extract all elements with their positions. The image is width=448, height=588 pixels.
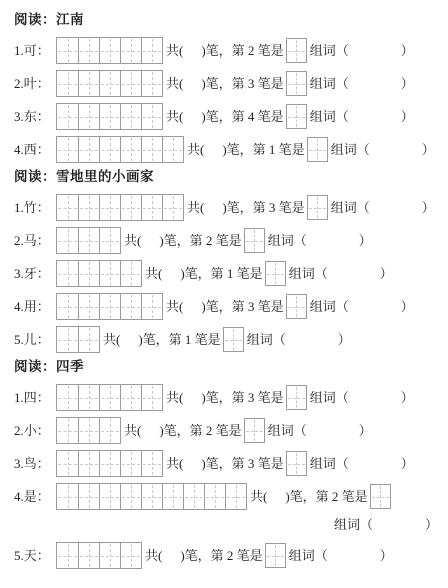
grid-cell[interactable] <box>78 543 99 568</box>
grid-cell[interactable] <box>141 104 162 129</box>
row-label: 1.四： <box>14 384 56 411</box>
grid-cell[interactable] <box>78 327 99 352</box>
grid-cell[interactable] <box>141 294 162 319</box>
grid-cell[interactable] <box>141 38 162 63</box>
stroke-count-label: 共( <box>166 103 183 130</box>
stroke-practice-grid[interactable] <box>56 136 184 163</box>
grid-cell[interactable] <box>57 327 78 352</box>
stroke-count-label: 共( <box>166 37 183 64</box>
row-label: 4.是： <box>14 483 56 510</box>
worksheet-row: 3.东：共()笔，第 4 笔是组词（） <box>14 103 442 130</box>
stroke-count-blank[interactable] <box>162 555 180 556</box>
grid-cell[interactable] <box>99 228 120 253</box>
worksheet-row: 4.用：共()笔，第 3 笔是组词（） <box>14 293 442 320</box>
stroke-count-label: 共( <box>166 70 183 97</box>
stroke-answer-box[interactable] <box>307 195 328 220</box>
stroke-count-label: 共( <box>124 417 141 444</box>
stroke-count-label: 共( <box>145 542 162 569</box>
grid-cell[interactable] <box>225 484 246 509</box>
grid-cell[interactable] <box>78 71 99 96</box>
grid-cell[interactable] <box>120 484 141 509</box>
grid-cell[interactable] <box>78 137 99 162</box>
word-formation-close: ） <box>338 326 351 353</box>
word-formation-blank[interactable] <box>307 240 359 241</box>
grid-cell[interactable] <box>78 385 99 410</box>
word-formation-label: 组词（ <box>247 326 286 353</box>
stroke-answer-box[interactable] <box>223 327 244 352</box>
section-title: 阅读：江南 <box>14 12 442 28</box>
stroke-question-text: )笔，第 1 笔是 <box>222 136 304 163</box>
grid-cell[interactable] <box>141 137 162 162</box>
stroke-count-blank[interactable] <box>183 83 201 84</box>
stroke-question-text: )笔，第 2 笔是 <box>159 417 241 444</box>
worksheet-row: 2.马：共()笔，第 2 笔是组词（） <box>14 227 442 254</box>
stroke-practice-grid[interactable] <box>56 542 142 569</box>
stroke-count-blank[interactable] <box>183 463 201 464</box>
worksheet-row: 4.西：共()笔，第 1 笔是组词（） <box>14 136 442 163</box>
stroke-practice-grid[interactable] <box>56 384 163 411</box>
stroke-question-text: )笔，第 4 笔是 <box>201 103 283 130</box>
worksheet-row: 2.小：共()笔，第 2 笔是组词（） <box>14 417 442 444</box>
word-formation-blank[interactable] <box>373 525 425 526</box>
stroke-practice-grid[interactable] <box>56 417 121 444</box>
stroke-count-blank[interactable] <box>183 116 201 117</box>
stroke-answer-box[interactable] <box>265 261 286 286</box>
section-title: 阅读：雪地里的小画家 <box>14 169 442 185</box>
worksheet-section: 阅读：江南1.可：共()笔，第 2 笔是组词（）2.叶：共()笔，第 3 笔是组… <box>14 12 442 163</box>
word-formation-blank[interactable] <box>349 83 401 84</box>
stroke-question-text: )笔，第 1 笔是 <box>180 260 262 287</box>
stroke-answer-box[interactable] <box>244 418 265 443</box>
grid-cell[interactable] <box>57 228 78 253</box>
worksheet-row: 3.牙：共()笔，第 1 笔是组词（） <box>14 260 442 287</box>
worksheet-row: 4.是：共()笔，第 2 笔是 <box>14 483 442 510</box>
grid-cell[interactable] <box>141 195 162 220</box>
grid-cell[interactable] <box>78 104 99 129</box>
grid-cell[interactable] <box>141 385 162 410</box>
stroke-practice-grid[interactable] <box>56 227 121 254</box>
stroke-count-label: 共( <box>103 326 120 353</box>
worksheet-row: 1.竹：共()笔，第 3 笔是组词（） <box>14 194 442 221</box>
grid-cell[interactable] <box>78 484 99 509</box>
stroke-count-label: 共( <box>166 293 183 320</box>
stroke-count-label: 共( <box>166 384 183 411</box>
grid-cell[interactable] <box>99 38 120 63</box>
grid-cell[interactable] <box>78 261 99 286</box>
grid-cell[interactable] <box>99 104 120 129</box>
word-formation-close: ） <box>401 37 414 64</box>
stroke-answer-box[interactable] <box>265 543 286 568</box>
stroke-count-blank[interactable] <box>162 273 180 274</box>
worksheet-row: 1.可：共()笔，第 2 笔是组词（） <box>14 37 442 64</box>
stroke-practice-grid[interactable] <box>56 70 163 97</box>
grid-cell[interactable] <box>78 451 99 476</box>
grid-cell[interactable] <box>57 294 78 319</box>
stroke-count-blank[interactable] <box>141 240 159 241</box>
stroke-question-text: )笔，第 2 笔是 <box>159 227 241 254</box>
row-label: 3.东： <box>14 103 56 130</box>
grid-cell[interactable] <box>99 543 120 568</box>
worksheet-row-continuation: 组词（） <box>334 514 442 536</box>
word-formation-close: ） <box>401 70 414 97</box>
grid-cell[interactable] <box>57 543 78 568</box>
word-formation-close: ） <box>401 450 414 477</box>
grid-cell[interactable] <box>78 228 99 253</box>
stroke-count-blank[interactable] <box>183 306 201 307</box>
word-formation-label: 组词（ <box>289 260 328 287</box>
stroke-question-text: )笔，第 1 笔是 <box>138 326 220 353</box>
grid-cell[interactable] <box>99 261 120 286</box>
stroke-count-blank[interactable] <box>120 339 138 340</box>
grid-cell[interactable] <box>99 385 120 410</box>
stroke-question-text: )笔，第 3 笔是 <box>201 384 283 411</box>
word-formation-blank[interactable] <box>349 116 401 117</box>
grid-cell[interactable] <box>204 484 225 509</box>
stroke-answer-box[interactable] <box>286 385 307 410</box>
row-label: 4.用： <box>14 293 56 320</box>
grid-cell[interactable] <box>141 451 162 476</box>
grid-cell[interactable] <box>162 195 183 220</box>
grid-cell[interactable] <box>141 71 162 96</box>
stroke-count-blank[interactable] <box>183 50 201 51</box>
word-formation-label: 组词（ <box>310 103 349 130</box>
stroke-question-text: )笔，第 2 笔是 <box>201 37 283 64</box>
word-formation-blank[interactable] <box>286 339 338 340</box>
row-label: 1.竹： <box>14 194 56 221</box>
word-formation-blank[interactable] <box>370 207 422 208</box>
grid-cell[interactable] <box>99 195 120 220</box>
row-label: 5.儿： <box>14 326 56 353</box>
section-title: 阅读：四季 <box>14 359 442 375</box>
grid-cell[interactable] <box>57 195 78 220</box>
word-formation-label: 组词（ <box>310 384 349 411</box>
word-formation-blank[interactable] <box>370 149 422 150</box>
word-formation-blank[interactable] <box>328 555 380 556</box>
grid-cell[interactable] <box>183 484 204 509</box>
word-formation-blank[interactable] <box>328 273 380 274</box>
grid-cell[interactable] <box>120 261 141 286</box>
stroke-practice-grid[interactable] <box>56 293 163 320</box>
stroke-count-blank[interactable] <box>267 496 285 497</box>
grid-cell[interactable] <box>57 261 78 286</box>
grid-cell[interactable] <box>57 418 78 443</box>
grid-cell[interactable] <box>162 137 183 162</box>
stroke-count-label: 共( <box>187 194 204 221</box>
grid-cell[interactable] <box>120 104 141 129</box>
word-formation-blank[interactable] <box>349 306 401 307</box>
grid-cell[interactable] <box>99 484 120 509</box>
stroke-count-label: 共( <box>124 227 141 254</box>
worksheet-row: 1.四：共()笔，第 3 笔是组词（） <box>14 384 442 411</box>
grid-cell[interactable] <box>120 137 141 162</box>
word-formation-label: 组词（ <box>331 194 370 221</box>
grid-cell[interactable] <box>120 294 141 319</box>
word-formation-label: 组词（ <box>268 227 307 254</box>
grid-cell[interactable] <box>57 385 78 410</box>
stroke-answer-box[interactable] <box>286 71 307 96</box>
worksheet-row: 5.天：共()笔，第 2 笔是组词（） <box>14 542 442 569</box>
grid-cell[interactable] <box>78 195 99 220</box>
grid-cell[interactable] <box>57 38 78 63</box>
word-formation-label: 组词（ <box>334 514 373 536</box>
stroke-count-label: 共( <box>145 260 162 287</box>
grid-cell[interactable] <box>120 71 141 96</box>
word-formation-blank[interactable] <box>307 430 359 431</box>
grid-cell[interactable] <box>99 137 120 162</box>
grid-cell[interactable] <box>120 195 141 220</box>
stroke-count-blank[interactable] <box>204 149 222 150</box>
row-label: 5.天： <box>14 542 56 569</box>
word-formation-close: ） <box>401 103 414 130</box>
word-formation-label: 组词（ <box>268 417 307 444</box>
stroke-count-label: 共( <box>187 136 204 163</box>
stroke-practice-grid[interactable] <box>56 483 247 510</box>
stroke-question-text: )笔，第 2 笔是 <box>180 542 262 569</box>
worksheet-section: 阅读：雪地里的小画家1.竹：共()笔，第 3 笔是组词（）2.马：共()笔，第 … <box>14 169 442 353</box>
word-formation-close: ） <box>425 514 438 536</box>
word-formation-label: 组词（ <box>310 70 349 97</box>
stroke-question-text: )笔，第 3 笔是 <box>201 70 283 97</box>
grid-cell[interactable] <box>120 451 141 476</box>
row-label: 2.马： <box>14 227 56 254</box>
grid-cell[interactable] <box>99 294 120 319</box>
word-formation-close: ） <box>380 260 393 287</box>
stroke-practice-grid[interactable] <box>56 450 163 477</box>
word-formation-close: ） <box>401 293 414 320</box>
grid-cell[interactable] <box>162 484 183 509</box>
stroke-answer-box[interactable] <box>286 294 307 319</box>
stroke-question-text: )笔，第 2 笔是 <box>285 483 367 510</box>
word-formation-close: ） <box>401 384 414 411</box>
stroke-question-text: )笔，第 3 笔是 <box>222 194 304 221</box>
stroke-answer-box[interactable] <box>286 38 307 63</box>
word-formation-label: 组词（ <box>310 293 349 320</box>
row-label: 1.可： <box>14 37 56 64</box>
word-formation-close: ） <box>380 542 393 569</box>
worksheet-page: 阅读：江南1.可：共()笔，第 2 笔是组词（）2.叶：共()笔，第 3 笔是组… <box>0 0 448 588</box>
row-label: 3.鸟： <box>14 450 56 477</box>
stroke-practice-grid[interactable] <box>56 194 184 221</box>
grid-cell[interactable] <box>57 137 78 162</box>
stroke-count-blank[interactable] <box>183 397 201 398</box>
grid-cell[interactable] <box>57 484 78 509</box>
row-label: 2.小： <box>14 417 56 444</box>
stroke-count-label: 共( <box>166 450 183 477</box>
word-formation-label: 组词（ <box>310 450 349 477</box>
stroke-answer-box[interactable] <box>286 104 307 129</box>
grid-cell[interactable] <box>120 385 141 410</box>
grid-cell[interactable] <box>78 38 99 63</box>
stroke-practice-grid[interactable] <box>56 326 100 353</box>
row-label: 4.西： <box>14 136 56 163</box>
worksheet-row: 3.鸟：共()笔，第 3 笔是组词（） <box>14 450 442 477</box>
word-formation-close: ） <box>422 136 435 163</box>
row-label: 3.牙： <box>14 260 56 287</box>
word-formation-label: 组词（ <box>310 37 349 64</box>
word-formation-label: 组词（ <box>331 136 370 163</box>
stroke-practice-grid[interactable] <box>56 37 163 64</box>
grid-cell[interactable] <box>78 418 99 443</box>
grid-cell[interactable] <box>57 451 78 476</box>
grid-cell[interactable] <box>141 484 162 509</box>
stroke-question-text: )笔，第 3 笔是 <box>201 450 283 477</box>
stroke-count-blank[interactable] <box>204 207 222 208</box>
grid-cell[interactable] <box>78 294 99 319</box>
grid-cell[interactable] <box>99 418 120 443</box>
stroke-question-text: )笔，第 3 笔是 <box>201 293 283 320</box>
word-formation-blank[interactable] <box>349 463 401 464</box>
word-formation-close: ） <box>359 227 372 254</box>
stroke-answer-box[interactable] <box>370 484 391 509</box>
grid-cell[interactable] <box>57 104 78 129</box>
stroke-answer-box[interactable] <box>286 451 307 476</box>
word-formation-label: 组词（ <box>289 542 328 569</box>
worksheet-row: 2.叶：共()笔，第 3 笔是组词（） <box>14 70 442 97</box>
word-formation-close: ） <box>359 417 372 444</box>
grid-cell[interactable] <box>120 543 141 568</box>
grid-cell[interactable] <box>120 38 141 63</box>
row-label: 2.叶： <box>14 70 56 97</box>
word-formation-blank[interactable] <box>349 50 401 51</box>
grid-cell[interactable] <box>99 71 120 96</box>
word-formation-close: ） <box>422 194 435 221</box>
stroke-practice-grid[interactable] <box>56 260 142 287</box>
stroke-answer-box[interactable] <box>244 228 265 253</box>
word-formation-blank[interactable] <box>349 397 401 398</box>
stroke-practice-grid[interactable] <box>56 103 163 130</box>
stroke-count-blank[interactable] <box>141 430 159 431</box>
worksheet-row: 5.儿：共()笔，第 1 笔是组词（） <box>14 326 442 353</box>
grid-cell[interactable] <box>99 451 120 476</box>
stroke-count-label: 共( <box>250 483 267 510</box>
stroke-answer-box[interactable] <box>307 137 328 162</box>
worksheet-section: 阅读：四季1.四：共()笔，第 3 笔是组词（）2.小：共()笔，第 2 笔是组… <box>14 359 442 569</box>
grid-cell[interactable] <box>57 71 78 96</box>
